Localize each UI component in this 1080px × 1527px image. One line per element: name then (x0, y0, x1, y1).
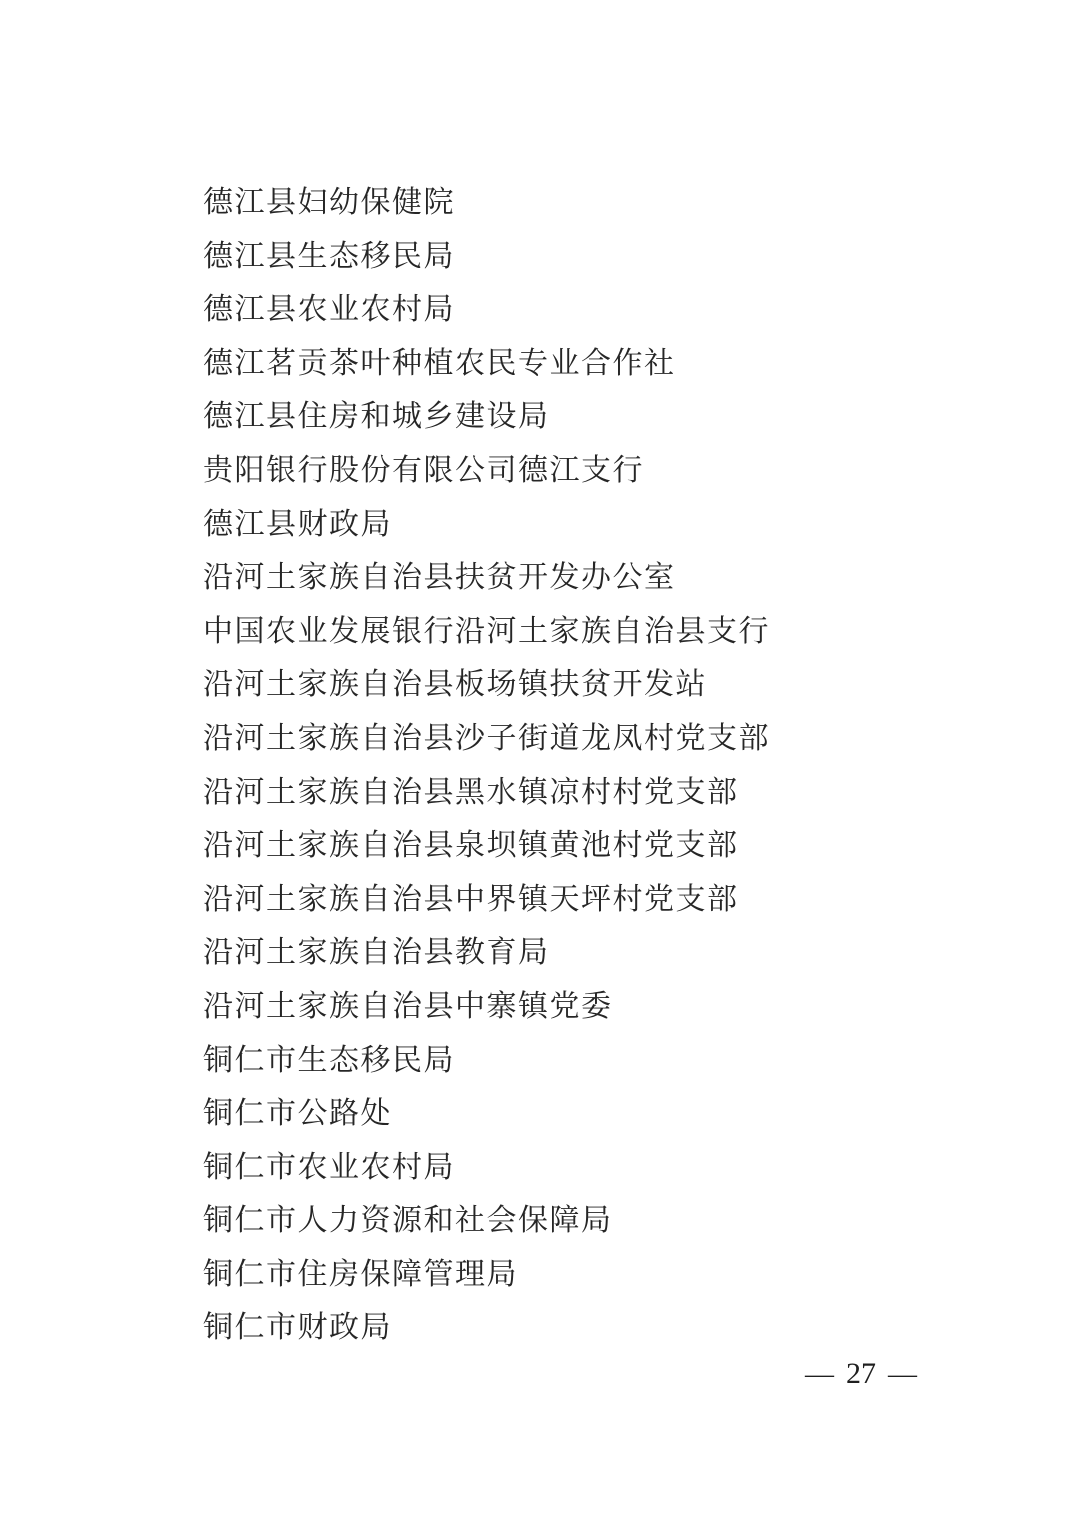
organization-name: 贵阳银行股份有限公司德江支行 (203, 444, 770, 498)
organization-name: 铜仁市公路处 (203, 1087, 770, 1141)
organization-name: 德江县生态移民局 (203, 230, 770, 284)
organization-name: 德江县农业农村局 (203, 283, 770, 337)
organization-name: 铜仁市农业农村局 (203, 1141, 770, 1195)
organization-name: 德江县妇幼保健院 (203, 176, 770, 230)
page-number: 27 (846, 1357, 876, 1391)
page-footer: — 27 — (805, 1357, 917, 1391)
organization-name: 铜仁市住房保障管理局 (203, 1248, 770, 1302)
organization-name: 沿河土家族自治县黑水镇凉村村党支部 (203, 766, 770, 820)
organization-list: 德江县妇幼保健院德江县生态移民局德江县农业农村局德江茗贡茶叶种植农民专业合作社德… (203, 176, 770, 1355)
organization-name: 铜仁市财政局 (203, 1301, 770, 1355)
organization-name: 德江茗贡茶叶种植农民专业合作社 (203, 337, 770, 391)
organization-name: 铜仁市生态移民局 (203, 1034, 770, 1088)
organization-name: 沿河土家族自治县沙子街道龙凤村党支部 (203, 712, 770, 766)
organization-name: 沿河土家族自治县中界镇天坪村党支部 (203, 873, 770, 927)
organization-name: 沿河土家族自治县扶贫开发办公室 (203, 551, 770, 605)
organization-name: 沿河土家族自治县中寨镇党委 (203, 980, 770, 1034)
organization-name: 沿河土家族自治县教育局 (203, 926, 770, 980)
organization-name: 中国农业发展银行沿河土家族自治县支行 (203, 605, 770, 659)
organization-name: 沿河土家族自治县泉坝镇黄池村党支部 (203, 819, 770, 873)
organization-name: 德江县财政局 (203, 498, 770, 552)
footer-dash-right: — (888, 1357, 917, 1391)
organization-name: 沿河土家族自治县板场镇扶贫开发站 (203, 658, 770, 712)
organization-name: 德江县住房和城乡建设局 (203, 390, 770, 444)
document-page: 德江县妇幼保健院德江县生态移民局德江县农业农村局德江茗贡茶叶种植农民专业合作社德… (0, 0, 1080, 1527)
organization-name: 铜仁市人力资源和社会保障局 (203, 1194, 770, 1248)
footer-dash-left: — (805, 1357, 834, 1391)
